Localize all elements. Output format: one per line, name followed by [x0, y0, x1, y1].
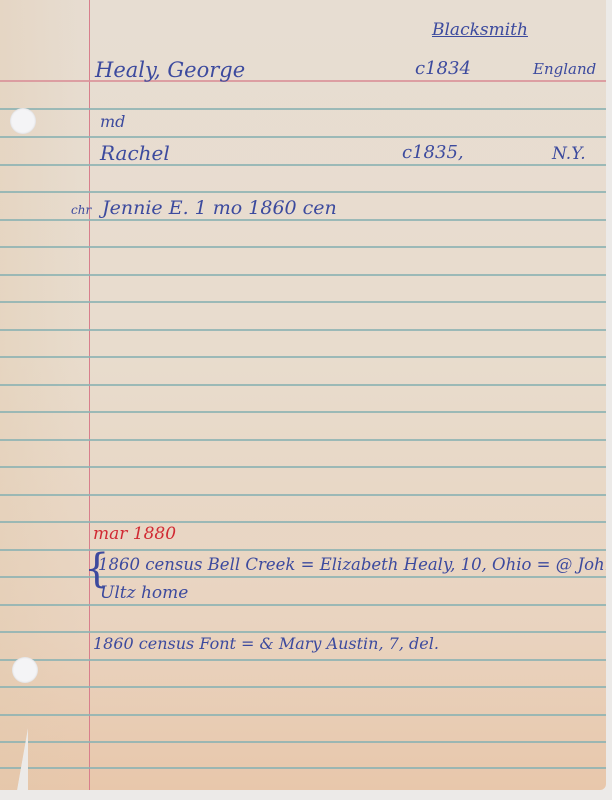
children-label: chr [71, 204, 91, 216]
marriage-note: mar 1880 [93, 526, 176, 543]
folded-corner [0, 715, 28, 790]
census-note-line2: Ultz home [100, 585, 188, 602]
rule [0, 767, 606, 769]
child-entry: Jennie E. 1 mo 1860 cen [102, 199, 337, 218]
rule [0, 164, 606, 166]
rule [0, 494, 606, 496]
census-note-line1: 1860 census Bell Creek = Elizabeth Healy… [98, 557, 606, 574]
rule [0, 191, 606, 193]
rule [0, 136, 606, 138]
spouse-birthplace: N.Y. [552, 146, 586, 163]
rule [0, 714, 606, 716]
rule [0, 741, 606, 743]
rule [0, 108, 606, 110]
rule [0, 686, 606, 688]
rule [0, 301, 606, 303]
rule [0, 466, 606, 468]
margin-line [89, 0, 90, 790]
rule [0, 274, 606, 276]
top-red-rule [0, 80, 606, 82]
spouse-birth-year: c1835, [402, 144, 464, 162]
rule [0, 219, 606, 221]
ruled-paper: Blacksmith Healy, George c1834 England m… [0, 0, 606, 790]
rule [0, 659, 606, 661]
rule [0, 631, 606, 633]
rule [0, 521, 606, 523]
rule [0, 439, 606, 441]
binder-hole-bottom [12, 657, 38, 683]
census-note-line3: 1860 census Font = & Mary Austin, 7, del… [93, 636, 439, 652]
spouse-name: Rachel [100, 143, 170, 163]
person-name: Healy, George [95, 60, 245, 81]
rule [0, 411, 606, 413]
binder-hole-top [10, 108, 36, 134]
rule [0, 246, 606, 248]
occupation: Blacksmith [432, 22, 528, 39]
married-label: md [100, 114, 125, 130]
rule [0, 384, 606, 386]
rule [0, 356, 606, 358]
rule [0, 329, 606, 331]
rule [0, 604, 606, 606]
birthplace: England [533, 62, 596, 77]
birth-year: c1834 [415, 60, 471, 78]
